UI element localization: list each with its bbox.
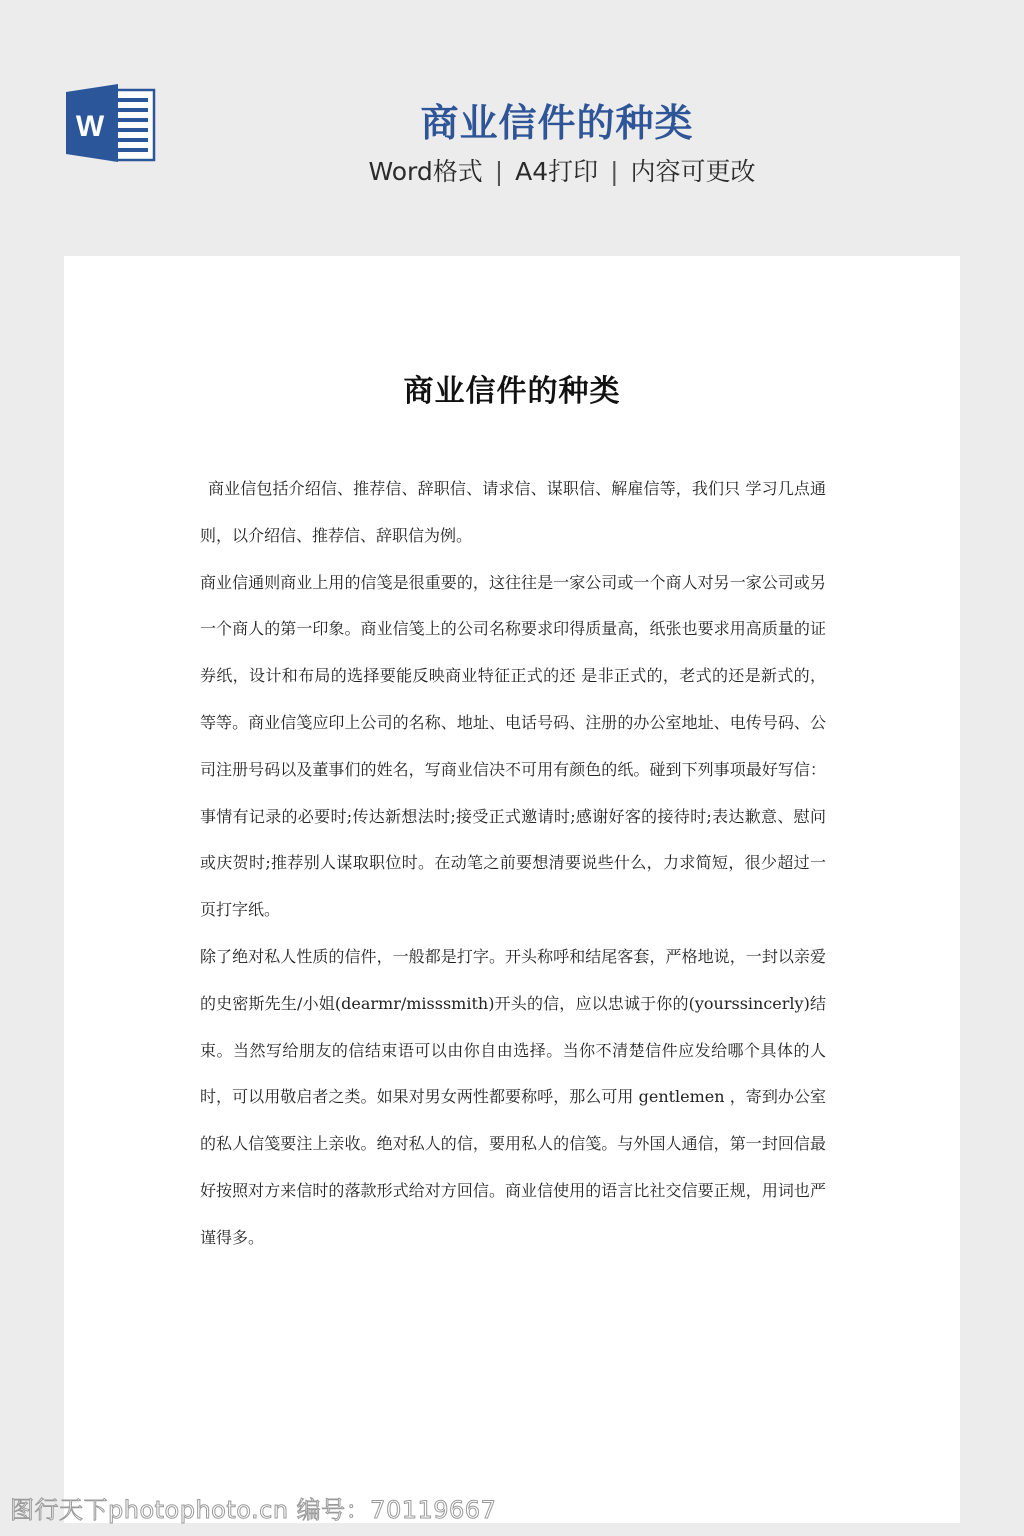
document-body: 商业信包括介绍信、推荐信、辞职信、请求信、谋职信、解雇信等，我们只 学习几点通则… [200,466,826,1262]
subtitle-separator: | [495,157,503,186]
watermark: 图行天下photophoto.cn 编号：70119667 [10,1490,496,1525]
subtitle-print: A4打印 [515,157,598,186]
paragraph: 除了绝对私人性质的信件，一般都是打字。开头称呼和结尾客套，严格地说，一封以亲爱的… [200,934,826,1262]
header-title: 商业信件的种类 [0,92,1024,147]
document-page: 商业信件的种类 商业信包括介绍信、推荐信、辞职信、请求信、谋职信、解雇信等，我们… [64,256,960,1523]
paragraph: 商业信通则商业上用的信笺是很重要的，这往往是一家公司或一个商人对另一家公司或另一… [200,560,826,934]
subtitle-format: Word格式 [369,157,483,186]
header-subtitle: Word格式 | A4打印 | 内容可更改 [0,152,1024,188]
paragraph: 商业信包括介绍信、推荐信、辞职信、请求信、谋职信、解雇信等，我们只 学习几点通则… [200,466,826,560]
subtitle-separator: | [610,157,618,186]
subtitle-editable: 内容可更改 [630,157,755,186]
document-title: 商业信件的种类 [64,366,960,410]
